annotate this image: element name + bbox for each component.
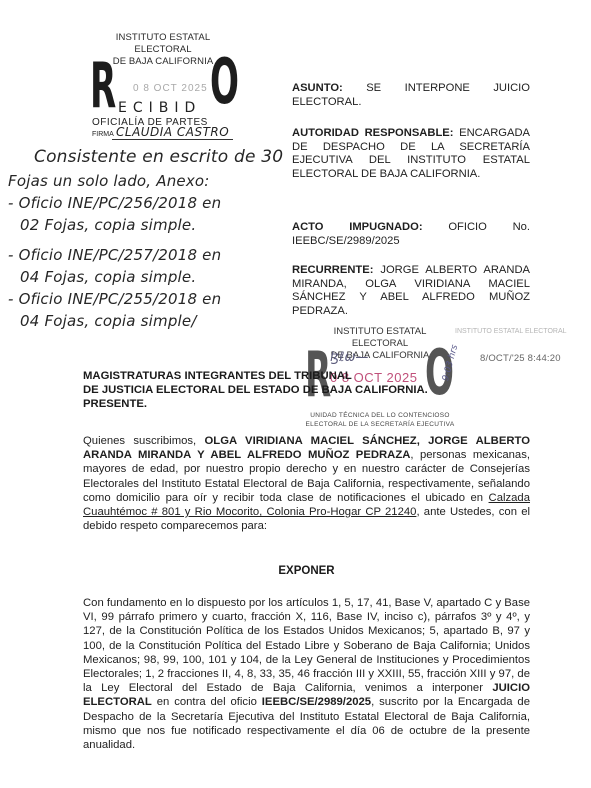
- recurrente-block: RECURRENTE: JORGE ALBERTO ARANDA MIRANDA…: [292, 264, 530, 318]
- section-heading: EXPONER: [83, 565, 530, 577]
- faint-stamp-timestamp: 8/OCT/'25 8:44:20: [480, 353, 561, 364]
- reception-signature: CLAUDIA CASTRO: [112, 125, 233, 140]
- exponer-text-2: en contra del oficio: [152, 696, 262, 708]
- exponer-paragraph: Con fundamento en lo dispuesto por los a…: [83, 596, 530, 752]
- asunto-block: ASUNTO: SE INTERPONE JUICIO ELECTORAL.: [292, 82, 530, 109]
- autoridad-label: AUTORIDAD RESPONSABLE:: [292, 127, 453, 139]
- stamp-firma-label: FIRMA: [92, 131, 114, 138]
- handwritten-line: Fojas un solo lado, Anexo:: [8, 170, 283, 192]
- handwritten-line: - Oficio INE/PC/257/2018 en: [8, 244, 283, 266]
- stamp-big-r: R: [90, 56, 116, 116]
- reception-stamp-date: 0 8 OCT 2025: [133, 83, 208, 94]
- intro-paragraph: Quienes suscribimos, OLGA VIRIDIANA MACI…: [83, 434, 530, 533]
- handwritten-note: Consistente en escrito de 30 Fojas un so…: [34, 146, 283, 332]
- tribunal-stamp-footer: UNIDAD TÉCNICA DEL LO CONTENCIOSO ELECTO…: [305, 411, 455, 429]
- addressee-line3: PRESENTE.: [83, 397, 428, 411]
- intro-text-1: Quienes suscribimos,: [83, 435, 205, 447]
- handwritten-line: 02 Fojas, copia simple.: [20, 214, 283, 236]
- stamp-big-o: O: [210, 52, 239, 112]
- handwritten-line: 04 Fojas, copia simple.: [20, 266, 283, 288]
- stamp-recibido-text: ECIBID: [118, 100, 201, 116]
- handwritten-line: 04 Fojas, copia simple/: [20, 310, 283, 332]
- handwritten-line: - Oficio INE/PC/256/2018 en: [8, 192, 283, 214]
- asunto-label: ASUNTO:: [292, 82, 343, 94]
- acto-label: ACTO IMPUGNADO:: [292, 221, 423, 233]
- recurrente-label: RECURRENTE:: [292, 264, 373, 276]
- addressee-line1: MAGISTRATURAS INTEGRANTES DEL TRIBUNAL: [83, 369, 428, 383]
- exponer-text-1: Con fundamento en lo dispuesto por los a…: [83, 597, 530, 694]
- stamp-unit-line2: ELECTORAL DE LA SECRETARÍA EJECUTIVA: [305, 420, 455, 429]
- faint-stamp-institution: INSTITUTO ESTATAL ELECTORAL: [455, 328, 567, 335]
- addressee-block: MAGISTRATURAS INTEGRANTES DEL TRIBUNAL D…: [83, 369, 428, 411]
- handwritten-line: - Oficio INE/PC/255/2018 en: [8, 288, 283, 310]
- acto-block: ACTO IMPUGNADO: OFICIO No. IEEBC/SE/2989…: [292, 221, 530, 248]
- addressee-line2: DE JUSTICIA ELECTORAL DEL ESTADO DE BAJA…: [83, 383, 428, 397]
- handwritten-line: Consistente en escrito de 30: [34, 146, 283, 168]
- autoridad-block: AUTORIDAD RESPONSABLE: ENCARGADA DE DESP…: [292, 127, 530, 181]
- tribunal-initials: ɮℓω—: [330, 350, 368, 365]
- exponer-bold-oficio: IEEBC/SE/2989/2025: [262, 696, 371, 708]
- stamp-unit-line1: UNIDAD TÉCNICA DEL LO CONTENCIOSO: [305, 411, 455, 420]
